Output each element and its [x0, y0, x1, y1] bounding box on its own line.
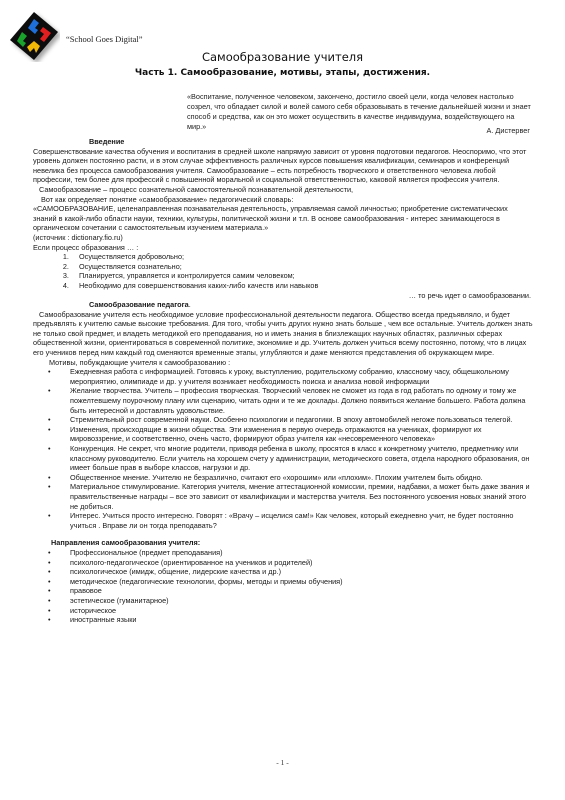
page-subtitle: Часть 1. Самообразование, мотивы, этапы,…	[0, 68, 565, 78]
section-heading-directions: Направления самообразования учителя:	[51, 538, 533, 548]
list-item: Изменения, происходящие в жизни общества…	[70, 425, 533, 444]
motives-list: Ежедневная работа с информацией. Готовяс…	[33, 367, 533, 530]
definition-paragraph: Самообразование – процесс сознательной с…	[33, 185, 533, 195]
page-title: Самообразование учителя	[0, 50, 565, 64]
list-item: иностранные языки	[70, 615, 533, 625]
list-item: правовое	[70, 586, 533, 596]
brand-text: “School Goes Digital”	[66, 34, 142, 44]
motives-label: Мотивы, побуждающие учителя к самообразо…	[49, 358, 533, 368]
list-item: Необходимо для совершенствования каких-л…	[71, 281, 533, 291]
list-item: психолого-педагогическое (ориентированно…	[70, 558, 533, 568]
teacher-paragraph: Самообразование учителя есть необходимое…	[33, 310, 533, 358]
list-item: Материальное стимулирование. Категория у…	[70, 482, 533, 511]
list-item: Ежедневная работа с информацией. Готовяс…	[70, 367, 533, 386]
list-item: эстетическое (гуманитарное)	[70, 596, 533, 606]
list-item: Конкуренция. Не секрет, что многие родит…	[70, 444, 533, 473]
heading-text: Самообразование педагога	[89, 300, 189, 309]
epigraph-quote: «Воспитание, полученное человеком, закон…	[187, 92, 532, 132]
dictionary-lead: Вот как определяет понятие «самообразова…	[33, 195, 533, 205]
page-number: - 1 -	[0, 758, 565, 767]
list-item: Осуществляется сознательно;	[71, 262, 533, 272]
conditions-list: Осуществляется добровольно; Осуществляет…	[33, 252, 533, 290]
list-item: методическое (педагогические технологии,…	[70, 577, 533, 587]
list-item: Интерес. Учиться просто интересно. Говор…	[70, 511, 533, 530]
list-item: Осуществляется добровольно;	[71, 252, 533, 262]
directions-list: Профессиональное (предмет преподавания) …	[33, 548, 533, 625]
heading-suffix: .	[189, 300, 191, 309]
document-page: “School Goes Digital” Самообразование уч…	[0, 0, 565, 800]
list-item: психологическое (имидж, общение, лидерск…	[70, 567, 533, 577]
intro-paragraph: Совершенствование качества обучения и во…	[33, 147, 533, 185]
conditions-conclusion: … то речь идет о самообразовании.	[33, 291, 533, 301]
source-note: (источник : dictionary.fio.ru)	[33, 233, 533, 243]
list-item: Стремительный рост современной науки. Ос…	[70, 415, 533, 425]
list-item: Планируется, управляется и контролируетс…	[71, 271, 533, 281]
section-heading-teacher: Самообразование педагога.	[89, 300, 533, 310]
list-item: Общественное мнение. Учителю не безразли…	[70, 473, 533, 483]
conditions-lead: Если процесс образования … :	[33, 243, 533, 253]
dictionary-definition: «САМООБРАЗОВАНИЕ, целенаправленная позна…	[33, 204, 533, 233]
list-item: историческое	[70, 606, 533, 616]
list-item: Желание творчества. Учитель – профессия …	[70, 386, 533, 415]
list-item: Профессиональное (предмет преподавания)	[70, 548, 533, 558]
document-body: Введение Совершенствование качества обуч…	[33, 137, 533, 625]
epigraph-author: А. Дистервег	[487, 126, 530, 135]
section-heading-intro: Введение	[89, 137, 533, 147]
